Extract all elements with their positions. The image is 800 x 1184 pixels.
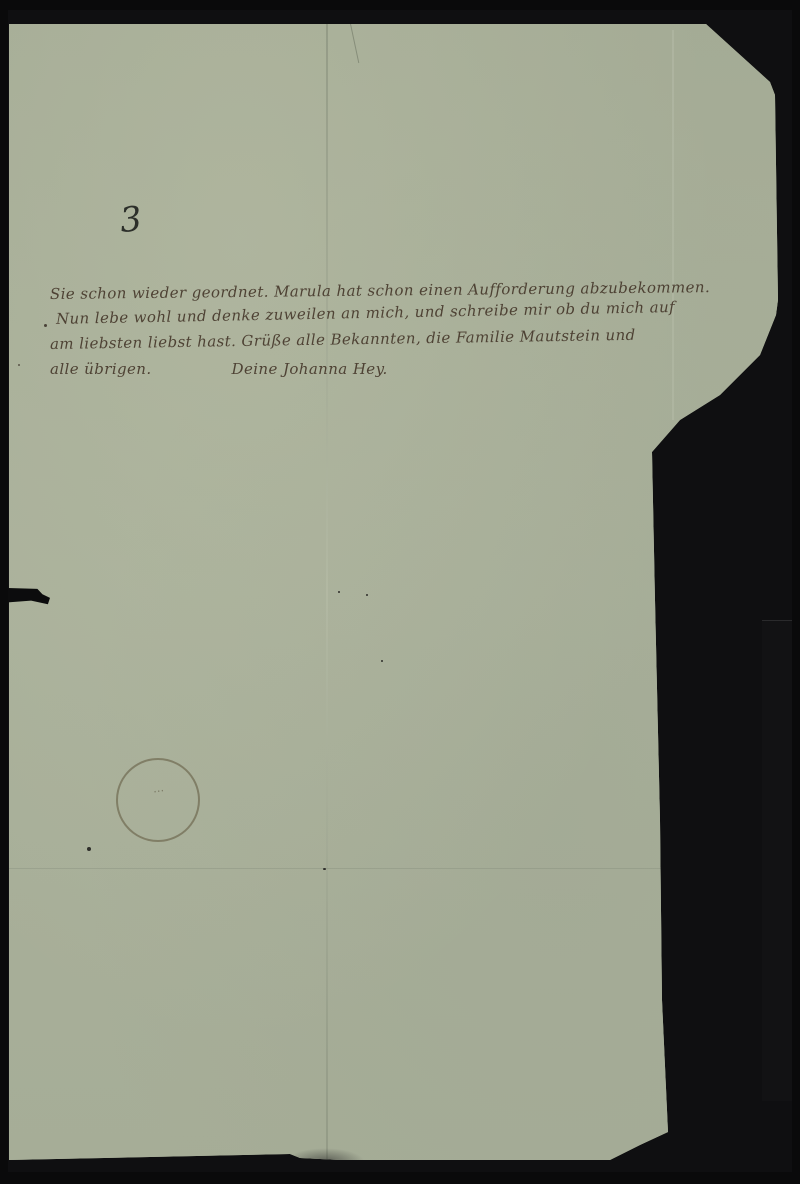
paper-speck [323, 868, 326, 870]
fold-line-horizontal [9, 868, 664, 869]
fold-crease-top [350, 24, 359, 63]
paper-speck [366, 594, 368, 596]
signature: Deine Johanna Hey. [232, 360, 388, 378]
closing-text: alle übrigen. [50, 360, 152, 378]
fold-line-vertical [326, 24, 328, 1160]
scan-viewer: 3 Sie schon wieder geordnet. Marula hat … [0, 0, 800, 1184]
letter-line-4: alle übrigen.Deine Johanna Hey. [50, 357, 690, 382]
margin-mark [44, 324, 47, 327]
paper-speck [381, 660, 383, 662]
margin-mark [18, 364, 20, 366]
letter-body: Sie schon wieder geordnet. Marula hat sc… [50, 282, 690, 382]
paper-speck [338, 591, 340, 593]
stamp-text: … [134, 779, 187, 825]
paper-speck [87, 847, 91, 851]
postmark-stamp-icon: … [111, 753, 206, 848]
backdrop-edge [762, 620, 792, 1101]
page-number: 3 [118, 199, 144, 241]
